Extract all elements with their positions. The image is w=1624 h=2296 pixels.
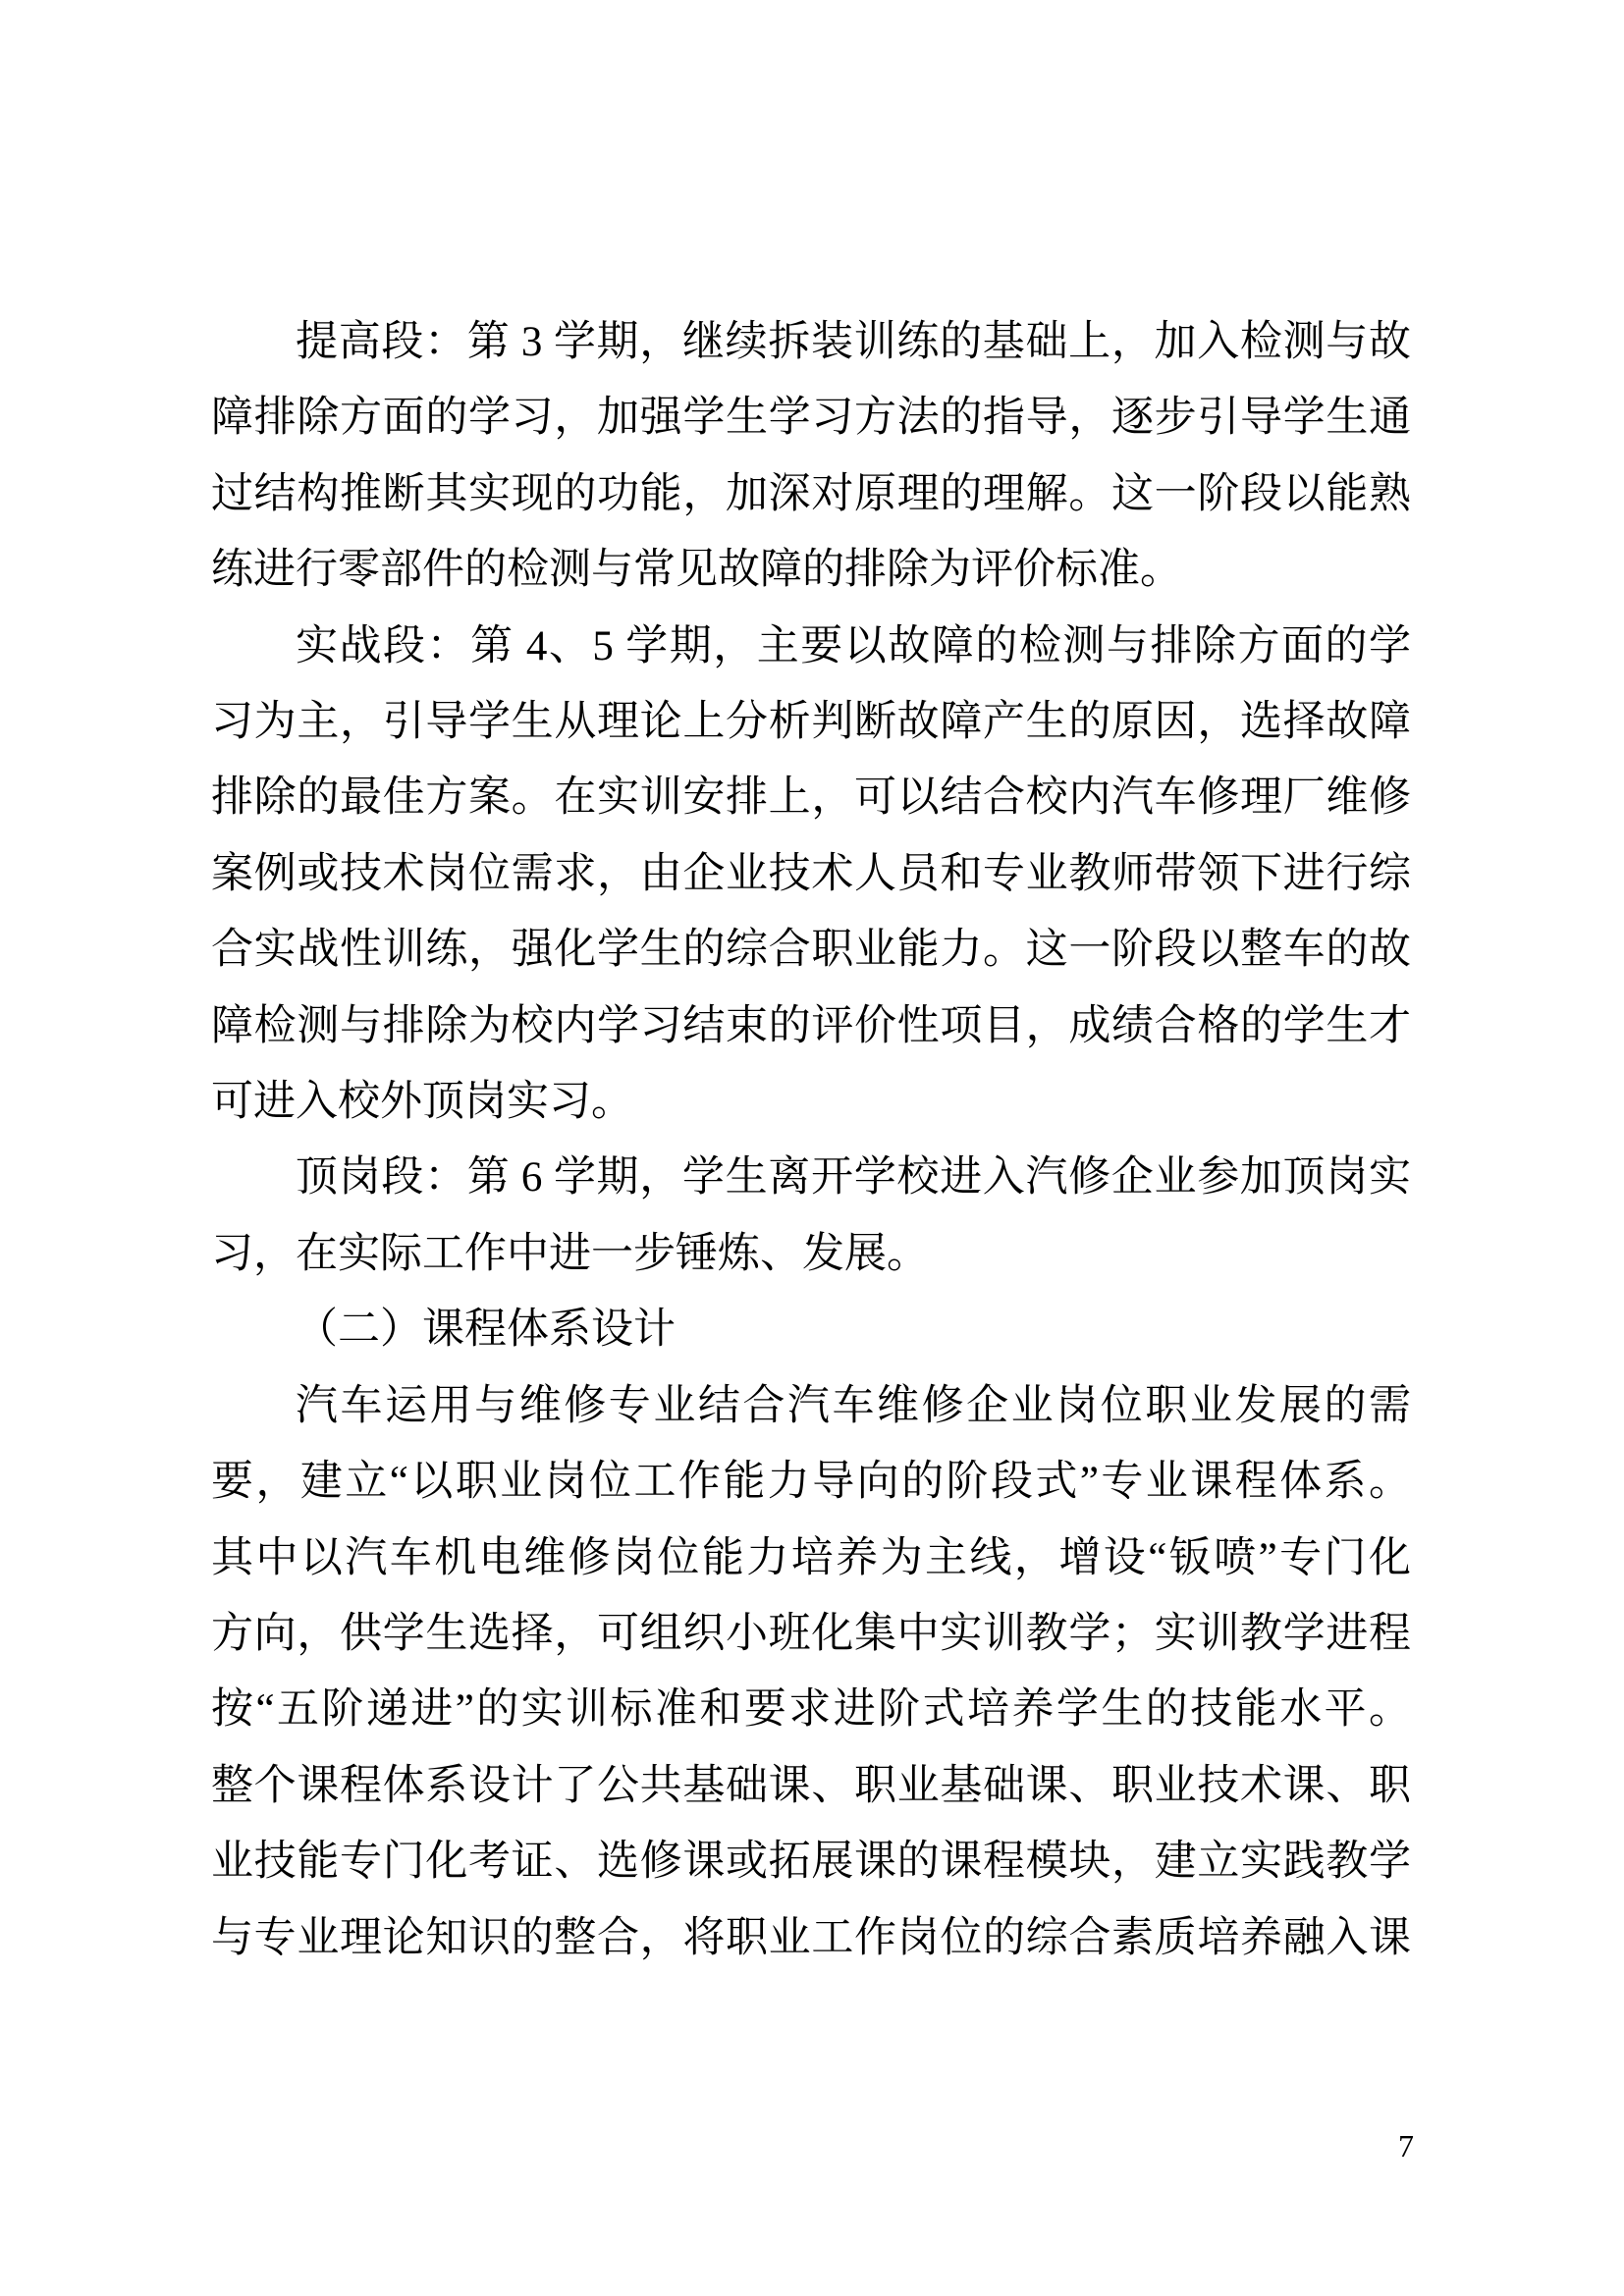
document-page: 提高段：第 3 学期，继续拆装训练的基础上，加入检测与故障排除方面的学习，加强学…	[0, 0, 1624, 2296]
text-line: 实战段：第 4、5 学期，主要以故障的检测与排除方面的学	[211, 609, 1411, 684]
text-line: 整个课程体系设计了公共基础课、职业基础课、职业技术课、职	[211, 1748, 1411, 1824]
text-line: 可进入校外顶岗实习。	[211, 1064, 1411, 1140]
page-number: 7	[1398, 2128, 1414, 2163]
text-line: 练进行零部件的检测与常见故障的排除为评价标准。	[211, 532, 1411, 608]
text-line: 与专业理论知识的整合，将职业工作岗位的综合素质培养融入课	[211, 1900, 1411, 1976]
text-line: 汽车运用与维修专业结合汽车维修企业岗位职业发展的需	[211, 1368, 1411, 1444]
text-line: 提高段：第 3 学期，继续拆装训练的基础上，加入检测与故	[211, 304, 1411, 380]
text-line: 障检测与排除为校内学习结束的评价性项目，成绩合格的学生才	[211, 988, 1411, 1064]
text-line: 要，建立“以职业岗位工作能力导向的阶段式”专业课程体系。	[211, 1444, 1411, 1520]
text-line: 过结构推断其实现的功能，加深对原理的理解。这一阶段以能熟	[211, 456, 1411, 532]
text-line: 习为主，引导学生从理论上分析判断故障产生的原因，选择故障	[211, 684, 1411, 760]
text-line: 业技能专门化考证、选修课或拓展课的课程模块，建立实践教学	[211, 1824, 1411, 1899]
text-line: 按“五阶递进”的实训标准和要求进阶式培养学生的技能水平。	[211, 1672, 1411, 1747]
text-line: 习，在实际工作中进一步锤炼、发展。	[211, 1216, 1411, 1292]
text-line: 合实战性训练，强化学生的综合职业能力。这一阶段以整车的故	[211, 912, 1411, 988]
text-line: 顶岗段：第 6 学期，学生离开学校进入汽修企业参加顶岗实	[211, 1140, 1411, 1215]
text-line: 其中以汽车机电维修岗位能力培养为主线，增设“钣喷”专门化	[211, 1521, 1411, 1596]
text-line: 排除的最佳方案。在实训安排上，可以结合校内汽车修理厂维修	[211, 760, 1411, 835]
text-line: 障排除方面的学习，加强学生学习方法的指导，逐步引导学生通	[211, 380, 1411, 455]
body-text: 提高段：第 3 学期，继续拆装训练的基础上，加入检测与故障排除方面的学习，加强学…	[211, 304, 1411, 1976]
text-line: 案例或技术岗位需求，由企业技术人员和专业教师带领下进行综	[211, 836, 1411, 912]
text-line: （二）课程体系设计	[211, 1292, 1411, 1367]
text-line: 方向，供学生选择，可组织小班化集中实训教学；实训教学进程	[211, 1596, 1411, 1672]
